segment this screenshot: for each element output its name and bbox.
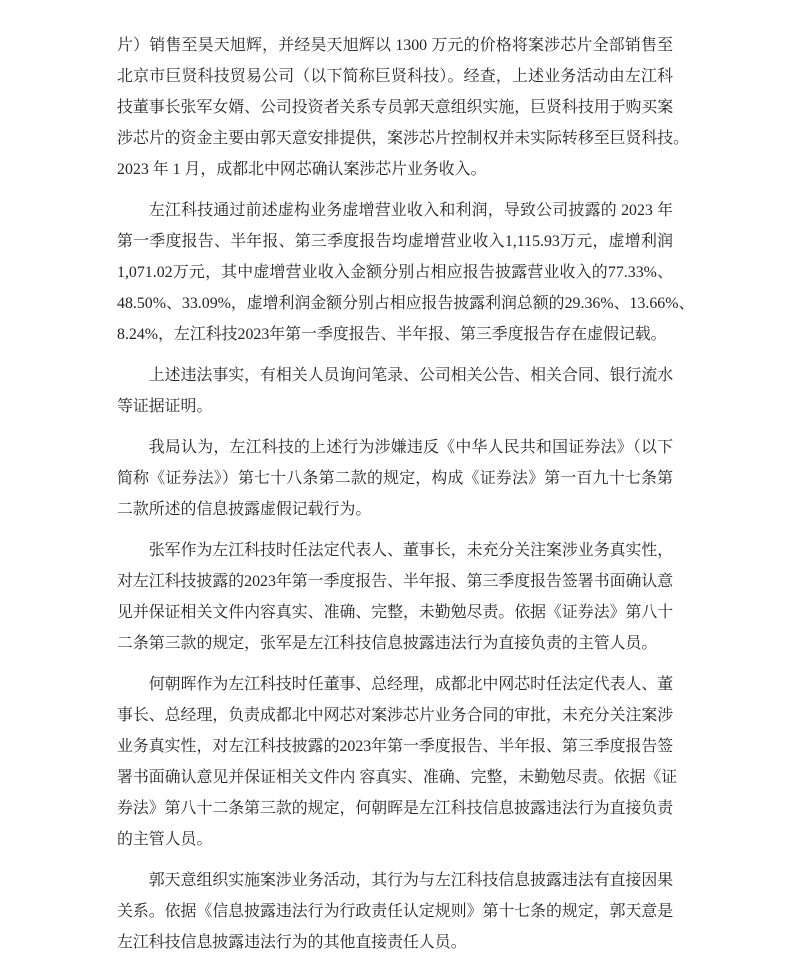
text-line: 张军作为左江科技时任法定代表人、董事长，未充分关注案涉业务真实性， xyxy=(117,535,673,566)
text-line: 技董事长张军女婿、公司投资者关系专员郭天意组织实施，巨贤科技用于购买案 xyxy=(117,92,673,123)
text-line: 左江科技通过前述虚构业务虚增营业收入和利润，导致公司披露的 2023 年 xyxy=(117,195,673,226)
text-line: 署书面确认意见并保证相关文件内 容真实、准确、完整，未勤勉尽责。依据《证 xyxy=(117,762,673,793)
text-line: 等证据证明。 xyxy=(117,391,673,422)
text-line: 何朝晖作为左江科技时任董事、总经理，成都北中网芯时任法定代表人、董 xyxy=(117,669,673,700)
paragraph: 片）销售至昊天旭辉，并经昊天旭辉以 1300 万元的价格将案涉芯片全部销售至北京… xyxy=(117,30,673,185)
paragraph: 张军作为左江科技时任法定代表人、董事长，未充分关注案涉业务真实性，对左江科技披露… xyxy=(117,535,673,659)
text-line: 48.50%、33.09%，虚增利润金额分别占相应报告披露利润总额的29.36%… xyxy=(117,288,673,319)
text-line: 北京市巨贤科技贸易公司（以下简称巨贤科技）。经查，上述业务活动由左江科 xyxy=(117,61,673,92)
paragraph: 上述违法事实，有相关人员询问笔录、公司相关公告、相关合同、银行流水等证据证明。 xyxy=(117,360,673,422)
text-line: 我局认为，左江科技的上述行为涉嫌违反《中华人民共和国证券法》（以下 xyxy=(117,432,673,463)
text-line: 对左江科技披露的2023年第一季度报告、半年报、第三季度报告签署书面确认意 xyxy=(117,566,673,597)
document-body: 片）销售至昊天旭辉，并经昊天旭辉以 1300 万元的价格将案涉芯片全部销售至北京… xyxy=(117,30,673,958)
text-line: 二条第三款的规定，张军是左江科技信息披露违法行为直接负责的主管人员。 xyxy=(117,628,673,659)
text-line: 左江科技信息披露违法行为的其他直接责任人员。 xyxy=(117,927,673,958)
text-line: 二款所述的信息披露虚假记载行为。 xyxy=(117,494,673,525)
text-line: 见并保证相关文件内容真实、准确、完整，未勤勉尽责。依据《证券法》第八十 xyxy=(117,597,673,628)
text-line: 涉芯片的资金主要由郭天意安排提供，案涉芯片控制权并未实际转移至巨贤科技。 xyxy=(117,123,673,154)
document-page: 片）销售至昊天旭辉，并经昊天旭辉以 1300 万元的价格将案涉芯片全部销售至北京… xyxy=(0,0,790,980)
text-line: 郭天意组织实施案涉业务活动，其行为与左江科技信息披露违法有直接因果 xyxy=(117,865,673,896)
text-line: 关系。依据《信息披露违法行为行政责任认定规则》第十七条的规定，郭天意是 xyxy=(117,896,673,927)
text-line: 8.24%，左江科技2023年第一季度报告、半年报、第三季度报告存在虚假记载。 xyxy=(117,319,673,350)
paragraph: 我局认为，左江科技的上述行为涉嫌违反《中华人民共和国证券法》（以下简称《证券法》… xyxy=(117,432,673,525)
text-line: 事长、总经理，负责成都北中网芯对案涉芯片业务合同的审批，未充分关注案涉 xyxy=(117,700,673,731)
paragraph: 何朝晖作为左江科技时任董事、总经理，成都北中网芯时任法定代表人、董事长、总经理，… xyxy=(117,669,673,855)
text-line: 业务真实性，对左江科技披露的2023年第一季度报告、半年报、第三季度报告签 xyxy=(117,731,673,762)
text-line: 1,071.02万元，其中虚增营业收入金额分别占相应报告披露营业收入的77.33… xyxy=(117,257,673,288)
paragraph: 左江科技通过前述虚构业务虚增营业收入和利润，导致公司披露的 2023 年第一季度… xyxy=(117,195,673,350)
text-line: 券法》第八十二条第三款的规定，何朝晖是左江科技信息披露违法行为直接负责 xyxy=(117,793,673,824)
paragraph: 郭天意组织实施案涉业务活动，其行为与左江科技信息披露违法有直接因果关系。依据《信… xyxy=(117,865,673,958)
text-line: 上述违法事实，有相关人员询问笔录、公司相关公告、相关合同、银行流水 xyxy=(117,360,673,391)
text-line: 第一季度报告、半年报、第三季度报告均虚增营业收入1,115.93万元，虚增利润 xyxy=(117,226,673,257)
text-line: 片）销售至昊天旭辉，并经昊天旭辉以 1300 万元的价格将案涉芯片全部销售至 xyxy=(117,30,673,61)
text-line: 的主管人员。 xyxy=(117,824,673,855)
text-line: 2023 年 1 月，成都北中网芯确认案涉芯片业务收入。 xyxy=(117,154,673,185)
text-line: 简称《证券法》）第七十八条第二款的规定，构成《证券法》第一百九十七条第 xyxy=(117,463,673,494)
